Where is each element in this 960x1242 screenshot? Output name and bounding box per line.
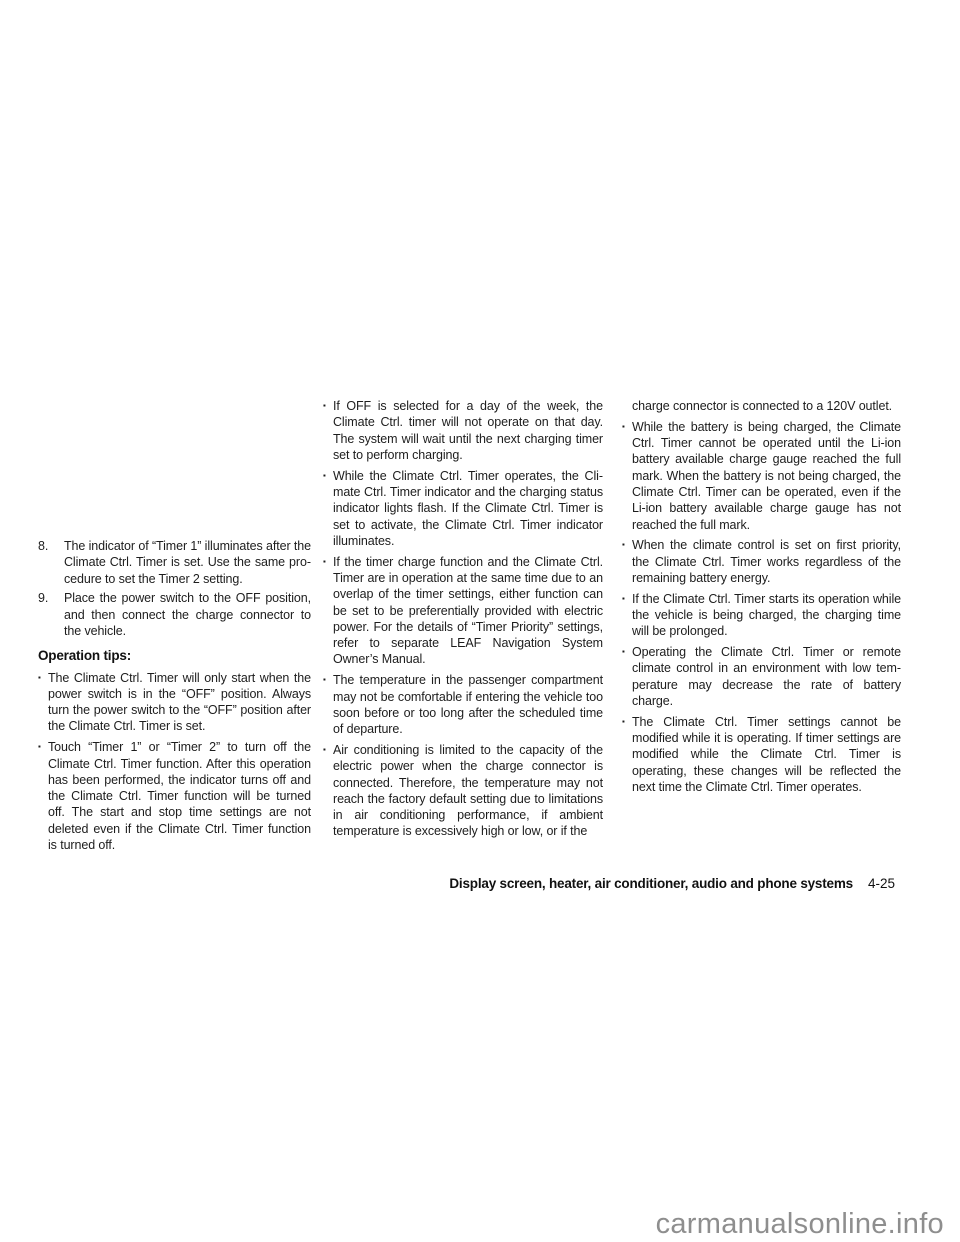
bullet-item: ▪ The Climate Ctrl. Timer will only star…: [38, 670, 311, 735]
footer-section-title: Display screen, heater, air conditioner,…: [449, 876, 853, 891]
page-footer: Display screen, heater, air conditioner,…: [449, 876, 895, 891]
column-right: charge connector is connected to a 120V …: [622, 398, 901, 800]
step-number: 8.: [38, 538, 64, 587]
bullet-item: ▪ The Climate Ctrl. Timer settings canno…: [622, 714, 901, 795]
bullet-icon: ▪: [622, 419, 625, 435]
numbered-step-8: 8. The indicator of “Timer 1” illuminate…: [38, 538, 311, 587]
bullet-text: Touch “Timer 1” or “Timer 2” to turn off…: [48, 739, 311, 853]
bullet-item: ▪ Operating the Climate Ctrl. Timer or r…: [622, 644, 901, 709]
bullet-item: ▪ When the climate control is set on fir…: [622, 537, 901, 586]
bullet-icon: ▪: [38, 670, 41, 686]
bullet-text: If the timer charge function and the Cli…: [333, 554, 603, 668]
bullet-item: ▪ If the Climate Ctrl. Timer starts its …: [622, 591, 901, 640]
watermark: carmanualsonline.info: [656, 1208, 944, 1241]
bullet-icon: ▪: [622, 591, 625, 607]
bullet-icon: ▪: [622, 644, 625, 660]
step-number: 9.: [38, 590, 64, 639]
bullet-item: ▪ While the battery is being charged, th…: [622, 419, 901, 533]
step-text: The indicator of “Timer 1” illuminates a…: [64, 538, 311, 587]
bullet-text: When the climate control is set on first…: [632, 537, 901, 586]
column-middle: ▪ If OFF is selected for a day of the we…: [323, 398, 603, 844]
numbered-step-9: 9. Place the power switch to the OFF pos…: [38, 590, 311, 639]
bullet-text: Operating the Climate Ctrl. Timer or rem…: [632, 644, 901, 709]
column-left: 8. The indicator of “Timer 1” illuminate…: [38, 538, 311, 858]
bullet-icon: ▪: [38, 739, 41, 755]
bullet-item: ▪ Air conditioning is limited to the cap…: [323, 742, 603, 840]
bullet-text: If the Climate Ctrl. Timer starts its op…: [632, 591, 901, 640]
bullet-icon: ▪: [622, 714, 625, 730]
bullet-icon: ▪: [622, 537, 625, 553]
bullet-text: The Climate Ctrl. Timer settings cannot …: [632, 714, 901, 795]
bullet-item: ▪ While the Climate Ctrl. Timer operates…: [323, 468, 603, 549]
bullet-item: ▪ Touch “Timer 1” or “Timer 2” to turn o…: [38, 739, 311, 853]
bullet-icon: ▪: [323, 554, 326, 570]
bullet-text: The temperature in the passenger compart…: [333, 672, 603, 737]
bullet-text: While the battery is being charged, the …: [632, 419, 901, 533]
bullet-icon: ▪: [323, 398, 326, 414]
bullet-icon: ▪: [323, 468, 326, 484]
bullet-text: The Climate Ctrl. Timer will only start …: [48, 670, 311, 735]
bullet-icon: ▪: [323, 742, 326, 758]
bullet-item: ▪ If OFF is selected for a day of the we…: [323, 398, 603, 463]
bullet-text: If OFF is selected for a day of the week…: [333, 398, 603, 463]
step-text: Place the power switch to the OFF positi…: [64, 590, 311, 639]
manual-page: 8. The indicator of “Timer 1” illuminate…: [0, 0, 960, 1242]
bullet-item: ▪ The temperature in the passenger compa…: [323, 672, 603, 737]
continued-paragraph: charge connector is connected to a 120V …: [622, 398, 901, 414]
operation-tips-heading: Operation tips:: [38, 648, 311, 664]
bullet-text: Air conditioning is limited to the capac…: [333, 742, 603, 840]
bullet-text: While the Climate Ctrl. Timer operates, …: [333, 468, 603, 549]
bullet-icon: ▪: [323, 672, 326, 688]
footer-page-number: 4-25: [868, 876, 895, 891]
bullet-item: ▪ If the timer charge function and the C…: [323, 554, 603, 668]
